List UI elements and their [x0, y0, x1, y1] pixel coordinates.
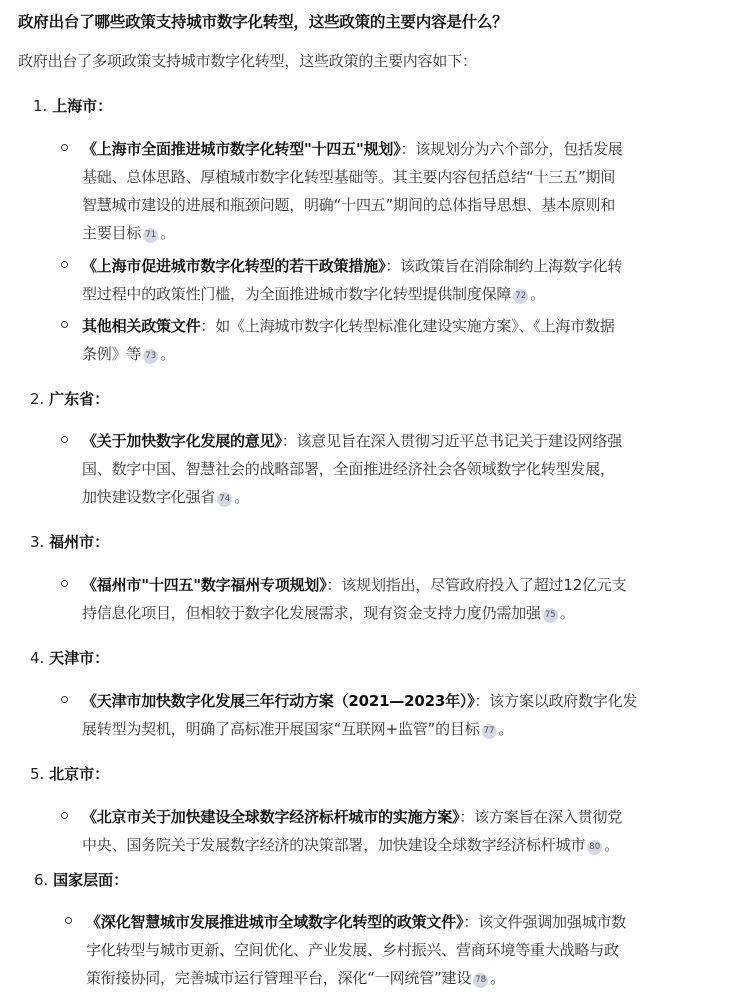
citation-badge[interactable]: 73 [143, 349, 158, 364]
hollow-bullet-icon [61, 144, 68, 151]
policy-item: 《福州市"十四五"数字福州专项规划》：该规划指出，尽管政府投入了超过12亿元支 … [82, 571, 702, 627]
hollow-bullet-icon [61, 580, 68, 587]
hollow-bullet-icon [61, 696, 68, 703]
policy-text: 持信息化项目，但相较于数字化发展需求，现有资金支持力度仍需加强 [82, 604, 541, 622]
policy-text: ：该方案旨在深入贯彻党 [459, 808, 622, 826]
section-number: 4. [30, 649, 44, 667]
policy-text: 基础、总体思路、厚植城市数字化转型基础等。其主要内容包括总结“十三五”期间 [82, 168, 615, 186]
policy-item: 《上海市促进城市数字化转型的若干政策措施》：该政策旨在消除制约上海数字化转 型过… [82, 252, 702, 308]
hollow-bullet-icon [61, 261, 68, 268]
sentence-end: 。 [490, 969, 505, 987]
policy-text: 主要目标 [82, 224, 141, 242]
section-heading-fuzhou: 3. 福州市： [30, 531, 109, 552]
citation-badge[interactable]: 78 [473, 973, 488, 988]
section-number: 2. [30, 390, 44, 408]
policy-title: 《深化智慧城市发展推进城市全域数字化转型的政策文件》 [86, 913, 463, 931]
sentence-end: 。 [560, 604, 575, 622]
section-label: 广东省： [49, 390, 109, 408]
section-label: 福州市： [49, 533, 109, 551]
citation-badge[interactable]: 74 [217, 492, 232, 507]
policy-text: 国、数字中国、智慧社会的战略部署，全面推进经济社会各领域数字化转型发展， [82, 460, 615, 478]
policy-text: ：该规划分为六个部分，包括发展 [401, 140, 623, 158]
citation-badge[interactable]: 75 [543, 608, 558, 623]
policy-item: 《上海市全面推进城市数字化转型"十四五"规划》：该规划分为六个部分，包括发展 基… [82, 135, 702, 247]
policy-text: ：该文件强调加强城市数 [463, 913, 626, 931]
policy-text: 加快建设数字化强省 [82, 488, 215, 506]
section-heading-beijing: 5. 北京市： [30, 763, 109, 784]
policy-text: ：该方案以政府数字化发 [475, 692, 638, 710]
sentence-end: 。 [234, 488, 249, 506]
policy-text: ：该规划指出，尽管政府投入了超过12亿元支 [327, 576, 627, 594]
policy-text: 字化转型与城市更新、空间优化、产业发展、乡村振兴、营商环境等重大战略与政 [86, 941, 619, 959]
policy-title: 《关于加快数字化发展的意见》 [82, 432, 282, 450]
section-heading-shanghai: 1. 上海市： [33, 95, 112, 116]
policy-title: 其他相关政策文件 [82, 317, 200, 335]
policy-text: 型过程中的政策性门槛，为全面推进城市数字化转型提供制度保障 [82, 285, 511, 303]
intro-paragraph: 政府出台了多项政策支持城市数字化转型，这些政策的主要内容如下： [18, 50, 477, 71]
question-heading: 政府出台了哪些政策支持城市数字化转型，这些政策的主要内容是什么？ [18, 10, 508, 32]
section-number: 6. [34, 871, 48, 889]
citation-badge[interactable]: 77 [482, 724, 497, 739]
policy-title: 《上海市促进城市数字化转型的若干政策措施》 [82, 257, 385, 275]
hollow-bullet-icon [61, 321, 68, 328]
section-label: 北京市： [49, 765, 109, 783]
policy-text: 条例》等 [82, 345, 141, 363]
policy-item: 《天津市加快数字化发展三年行动方案（2021—2023年）》：该方案以政府数字化… [82, 687, 702, 743]
policy-title: 《北京市关于加快建设全球数字经济标杆城市的实施方案》 [82, 808, 459, 826]
policy-text: 策衔接协同，完善城市运行管理平台，深化“一网统管”建设 [86, 969, 471, 987]
hollow-bullet-icon [61, 436, 68, 443]
hollow-bullet-icon [61, 812, 68, 819]
sentence-end: 。 [530, 285, 545, 303]
policy-title: 《天津市加快数字化发展三年行动方案（2021—2023年）》 [82, 692, 475, 710]
sentence-end: 。 [604, 836, 619, 854]
policy-item: 《深化智慧城市发展推进城市全域数字化转型的政策文件》：该文件强调加强城市数 字化… [86, 908, 706, 992]
policy-text: ：如《上海城市数字化转型标准化建设实施方案》、《上海市数据 [200, 317, 614, 335]
section-label: 上海市： [52, 97, 112, 115]
section-heading-tianjin: 4. 天津市： [30, 647, 109, 668]
policy-title: 《上海市全面推进城市数字化转型"十四五"规划》 [82, 140, 401, 158]
policy-text: 中央、国务院关于发展数字经济的决策部署，加快建设全球数字经济标杆城市 [82, 836, 585, 854]
policy-item: 《北京市关于加快建设全球数字经济标杆城市的实施方案》：该方案旨在深入贯彻党 中央… [82, 803, 702, 859]
policy-item: 《关于加快数字化发展的意见》：该意见旨在深入贯彻习近平总书记关于建设网络强 国、… [82, 427, 702, 511]
policy-title: 《福州市"十四五"数字福州专项规划》 [82, 576, 327, 594]
sentence-end: 。 [160, 345, 175, 363]
section-heading-guangdong: 2. 广东省： [30, 388, 109, 409]
policy-text: 展转型为契机，明确了高标准开展国家“互联网+监管”的目标 [82, 720, 480, 738]
policy-text: ：该意见旨在深入贯彻习近平总书记关于建设网络强 [282, 432, 622, 450]
policy-item: 其他相关政策文件：如《上海城市数字化转型标准化建设实施方案》、《上海市数据 条例… [82, 312, 702, 368]
section-number: 5. [30, 765, 44, 783]
citation-badge[interactable]: 72 [513, 289, 528, 304]
sentence-end: 。 [499, 720, 514, 738]
section-number: 3. [30, 533, 44, 551]
section-number: 1. [33, 97, 47, 115]
section-heading-national: 6. 国家层面： [34, 869, 128, 890]
hollow-bullet-icon [65, 917, 72, 924]
section-label: 国家层面： [53, 871, 128, 889]
sentence-end: 。 [160, 224, 175, 242]
policy-text: 智慧城市建设的进展和瓶颈问题，明确“十四五”期间的总体指导思想、基本原则和 [82, 196, 615, 214]
section-label: 天津市： [49, 649, 109, 667]
policy-text: ：该政策旨在消除制约上海数字化转 [385, 257, 622, 275]
citation-badge[interactable]: 80 [587, 840, 602, 855]
citation-badge[interactable]: 71 [143, 228, 158, 243]
